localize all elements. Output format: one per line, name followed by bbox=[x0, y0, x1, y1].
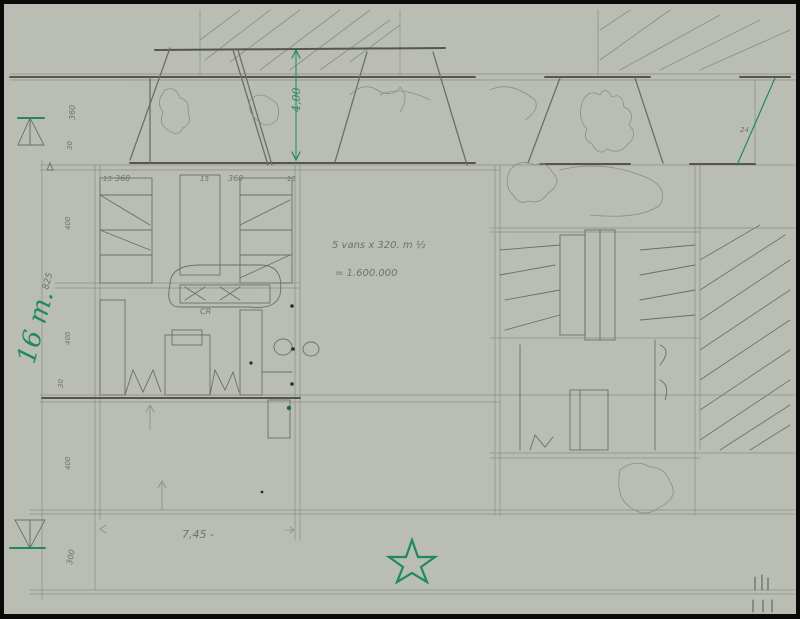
width-dim-label: 7,45 - bbox=[182, 528, 214, 541]
calculation-line-2: = 1.600.000 bbox=[335, 268, 397, 279]
dim-400-c: 400 bbox=[64, 456, 72, 470]
grid-lines bbox=[10, 10, 796, 600]
sub-dim-label: 825 bbox=[41, 271, 55, 290]
tree-scribbles bbox=[159, 87, 673, 513]
section-marker-bottom bbox=[10, 520, 45, 548]
hatch-right-wall bbox=[700, 225, 790, 450]
dim-15-c: 15 bbox=[287, 175, 296, 183]
dim-30-b: 30 bbox=[57, 379, 65, 388]
dim-360-side: 360 bbox=[68, 105, 77, 120]
dim-400-b: 400 bbox=[64, 331, 72, 345]
scan-frame: 4,00 bbox=[0, 0, 800, 619]
dim-300: 300 bbox=[65, 549, 77, 566]
slab-lines bbox=[10, 48, 790, 398]
dim-30-a: 30 bbox=[66, 141, 74, 150]
truss-frames bbox=[130, 48, 663, 165]
tally-marks bbox=[753, 575, 772, 612]
dim-15-b: 15 bbox=[200, 175, 209, 183]
section-marker-top bbox=[18, 118, 53, 170]
right-unit-plan bbox=[500, 230, 695, 450]
floor-plan-sketch: 4,00 bbox=[0, 0, 800, 619]
hatch-top-right bbox=[600, 10, 790, 70]
room-label: CR bbox=[200, 307, 211, 316]
height-dimension: 4,00 bbox=[290, 50, 303, 160]
height-dim-label: 4,00 bbox=[290, 88, 303, 114]
dim-400-a: 400 bbox=[64, 216, 72, 230]
calculation-line-1: 5 vans x 320. m ½ bbox=[332, 239, 426, 251]
diagonal-ink-line bbox=[737, 78, 775, 165]
corner-mark: 24 bbox=[740, 126, 749, 134]
dim-360-a: 360 bbox=[115, 174, 130, 183]
star-icon bbox=[389, 540, 435, 582]
total-length-label: 16 m. bbox=[12, 287, 60, 367]
hatch-top-left bbox=[200, 10, 400, 70]
dim-15-a: 15 bbox=[103, 175, 112, 183]
dim-360-b: 360 bbox=[228, 174, 243, 183]
